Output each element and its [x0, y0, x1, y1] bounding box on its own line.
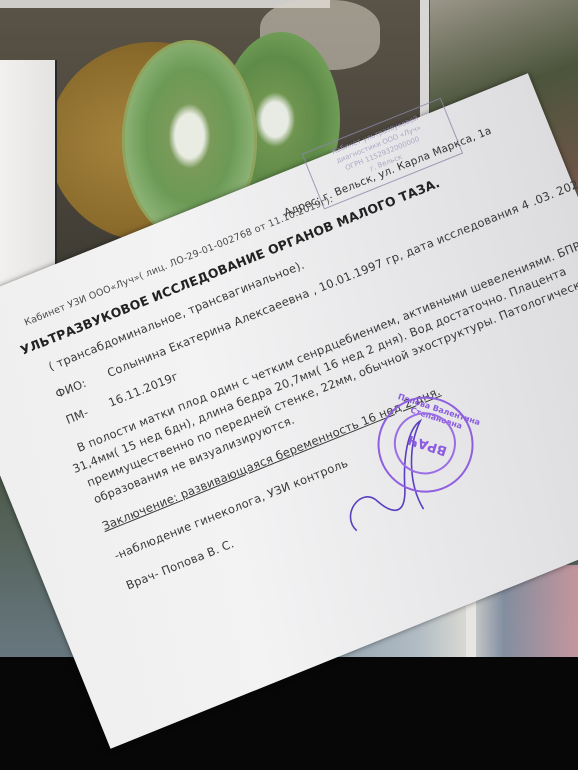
patient-name-label: ФИО: [53, 376, 88, 401]
white-sheet-left [0, 60, 57, 290]
last-period-label: ПМ- [64, 405, 91, 427]
stamp-ring-text: Попова Валентина Степановна [389, 390, 486, 437]
